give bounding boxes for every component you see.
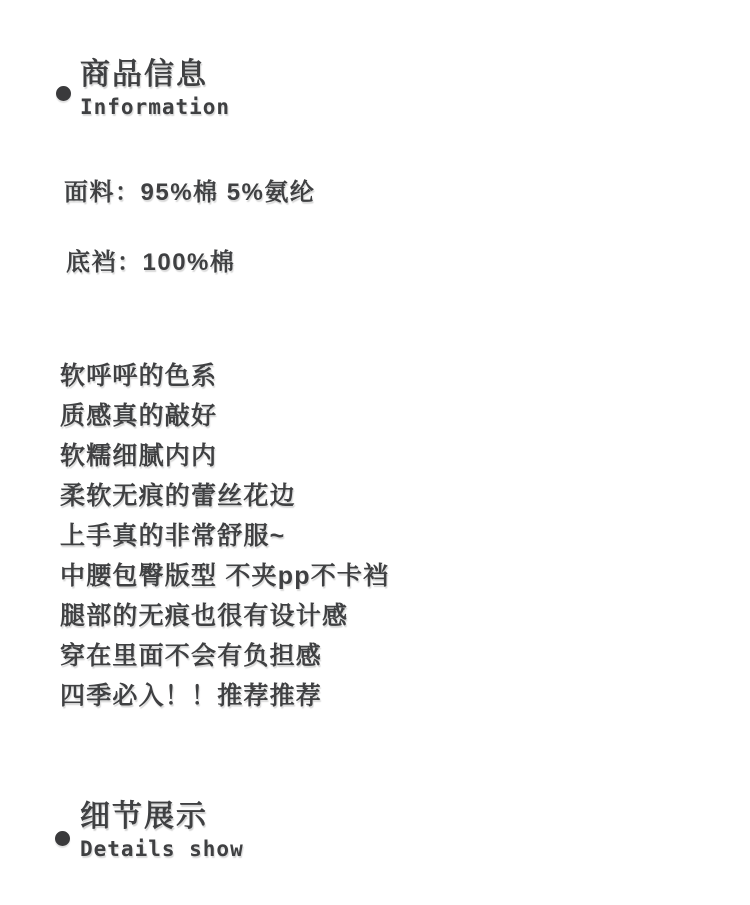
details-section-bullet	[55, 831, 70, 846]
bullet-dot-icon	[56, 86, 71, 101]
spec-line-gusset: 底裆：100%棉	[66, 250, 235, 275]
details-section-header: 细节展示 Details show	[80, 800, 244, 862]
feature-line: 柔软无痕的蕾丝花边	[60, 476, 389, 516]
feature-line: 软呼呼的色系	[60, 356, 389, 396]
spec-line-fabric: 面料：95%棉 5%氨纶	[64, 180, 315, 205]
feature-line: 腿部的无痕也很有设计感	[60, 596, 389, 636]
info-section-title-zh: 商品信息	[80, 58, 230, 92]
feature-line: 四季必入！！推荐推荐	[60, 676, 389, 716]
feature-line: 中腰包臀版型 不夹pp不卡裆	[60, 556, 389, 596]
details-section-title-en: Details show	[80, 837, 244, 862]
details-section-title-zh: 细节展示	[80, 800, 244, 834]
feature-list: 软呼呼的色系 质感真的敲好 软糯细腻内内 柔软无痕的蕾丝花边 上手真的非常舒服~…	[60, 356, 389, 716]
feature-line: 软糯细腻内内	[60, 436, 389, 476]
feature-line: 上手真的非常舒服~	[60, 516, 389, 556]
bullet-dot-icon	[55, 831, 70, 846]
feature-line: 穿在里面不会有负担感	[60, 636, 389, 676]
info-section-bullet	[56, 86, 71, 101]
info-section-title-en: Information	[80, 95, 230, 120]
info-section-header: 商品信息 Information	[80, 58, 230, 120]
feature-line: 质感真的敲好	[60, 396, 389, 436]
product-info-panel: 商品信息 Information 面料：95%棉 5%氨纶 底裆：100%棉 软…	[0, 0, 750, 905]
